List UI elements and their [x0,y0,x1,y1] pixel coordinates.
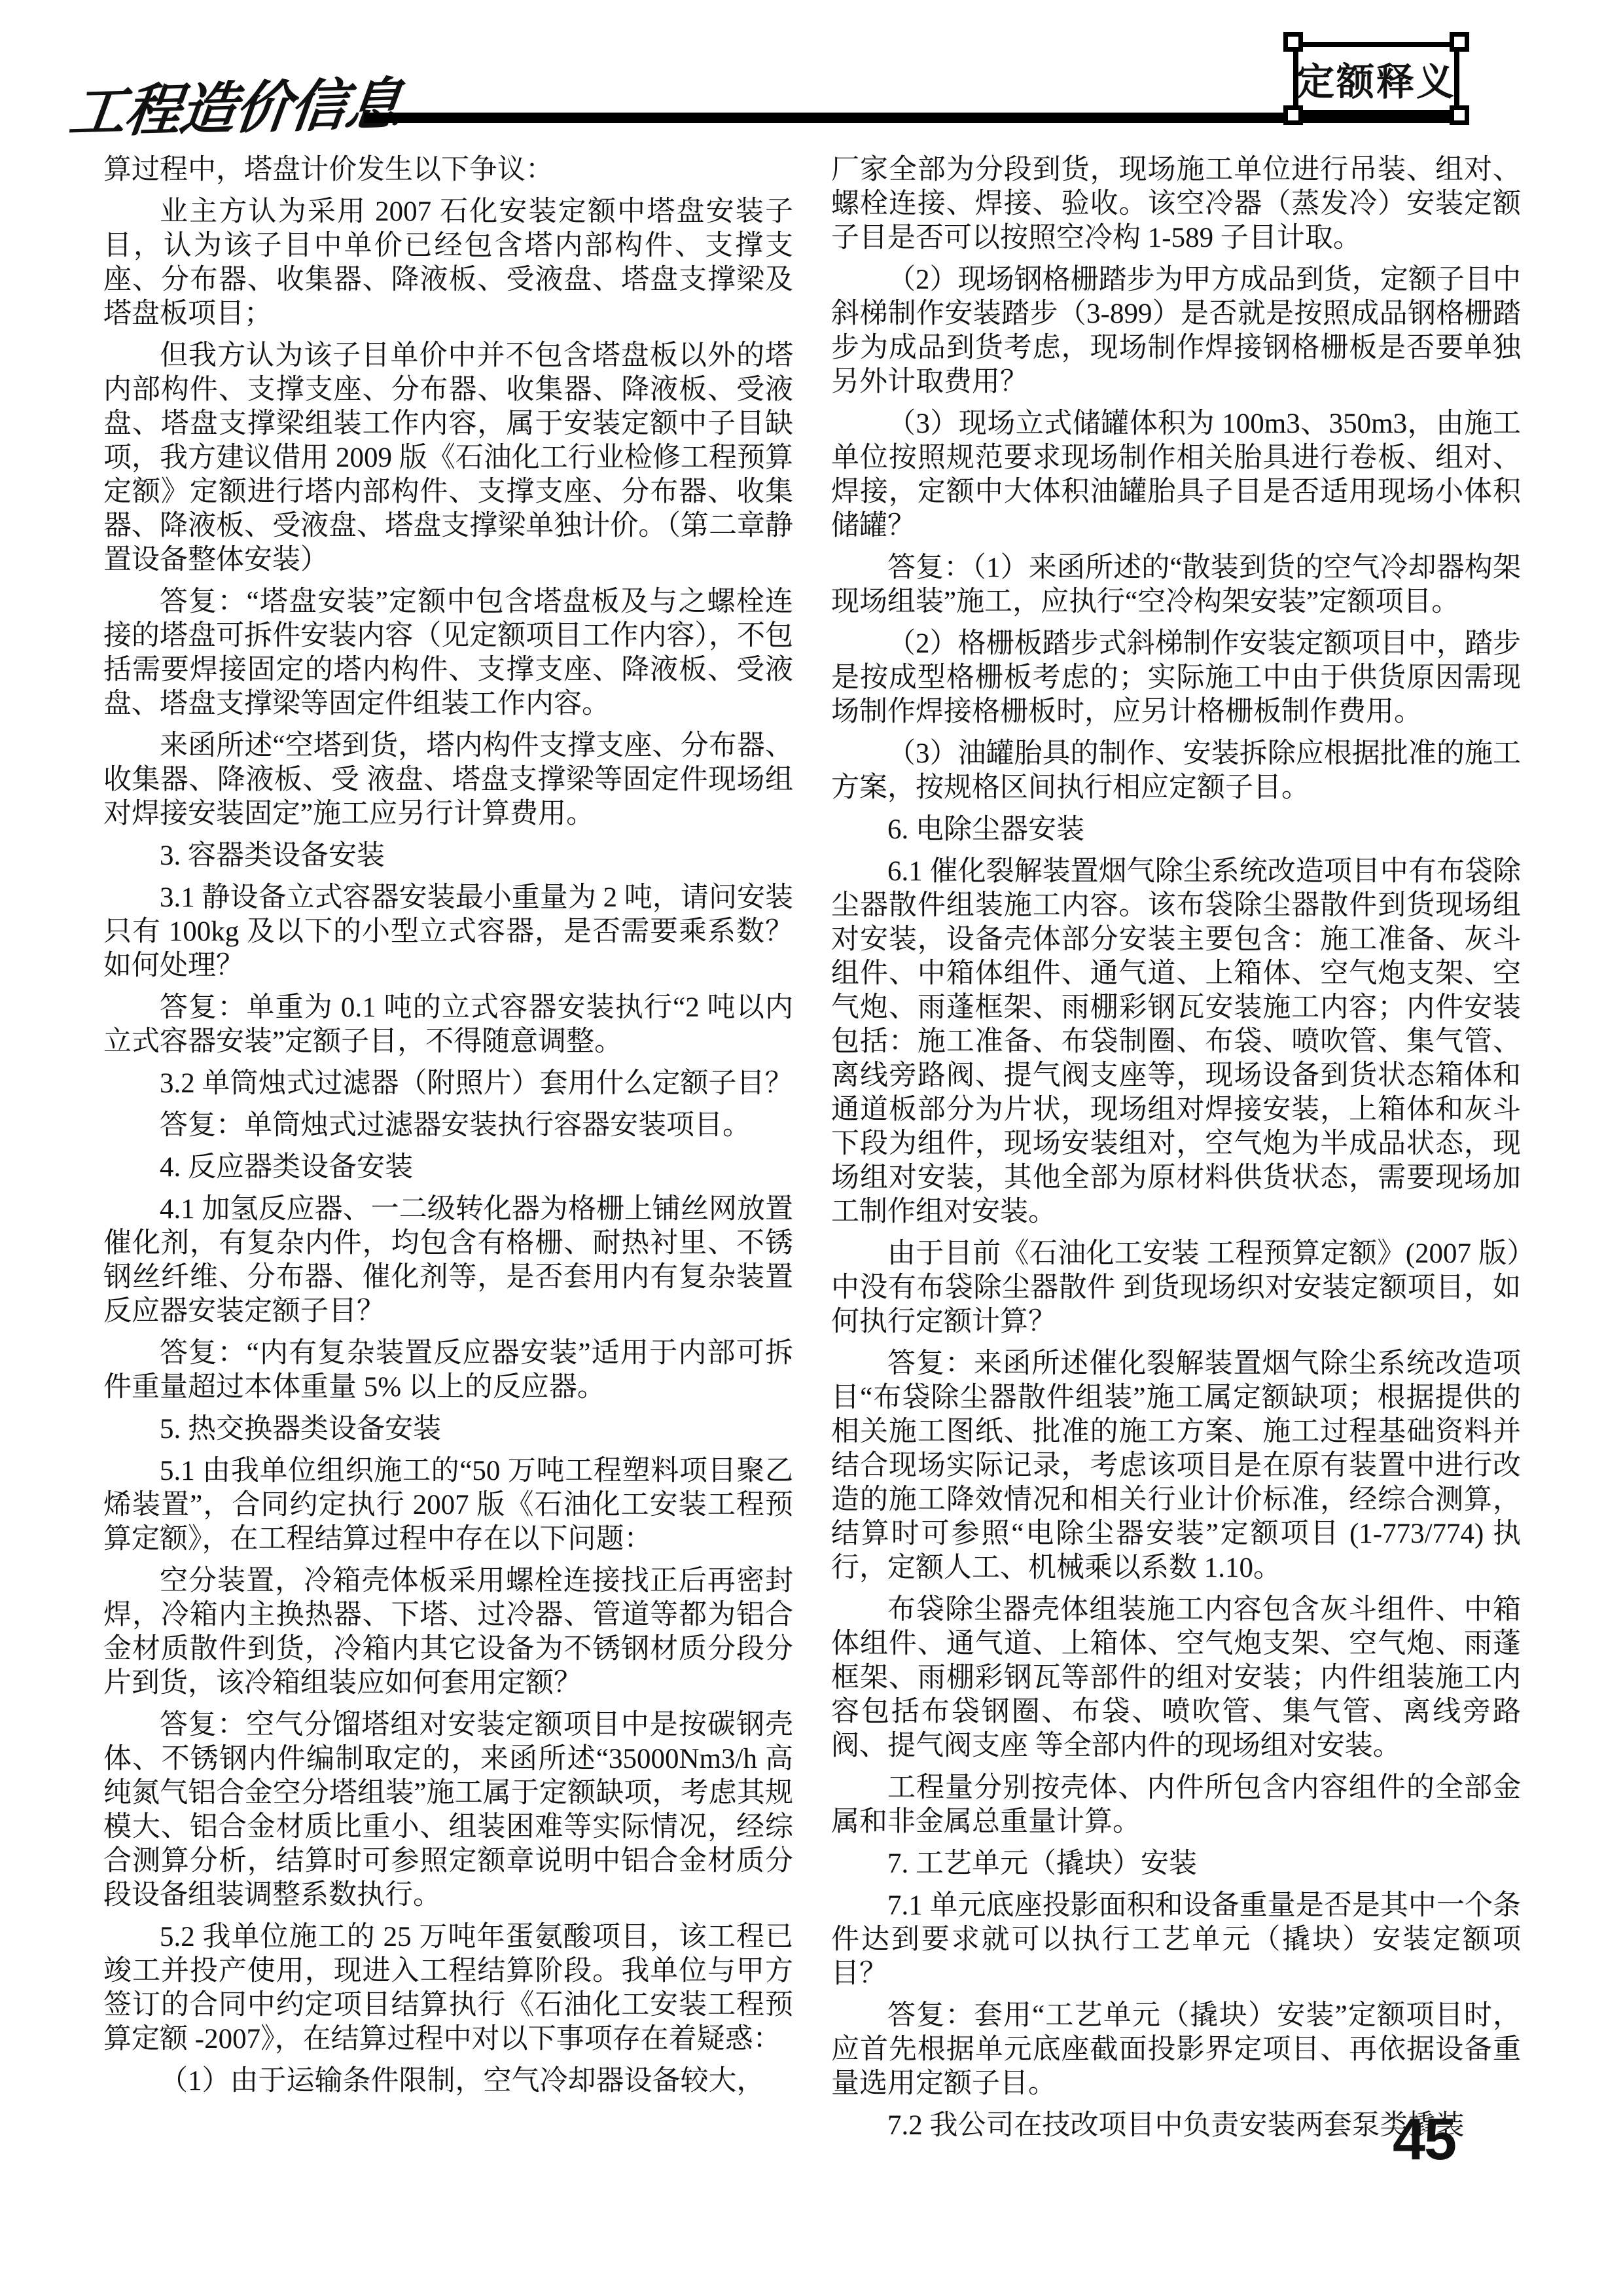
paragraph: 6. 电除尘器安装 [831,813,1521,847]
magazine-page: 工程造价信息 定额释义 算过程中，塔盘计价发生以下争议：业主方认为采用 2007… [0,0,1623,2296]
section-badge-label: 定额释义 [1296,51,1456,106]
paragraph: 由于目前《石油化工安装 工程预算定额》(2007 版）中没有布袋除尘器散件 到货… [831,1237,1521,1339]
paragraph: 3. 容器类设备安装 [103,839,793,873]
paragraph: 4.1 加氢反应器、一二级转化器为格栅上铺丝网放置催化剂，有复杂内件，均包含有格… [103,1193,793,1329]
paragraph: 答复：来函所述催化裂解装置烟气除尘系统改造项目“布袋除尘器散件组装”施工属定额缺… [831,1347,1521,1585]
paragraph: 业主方认为采用 2007 石化安装定额中塔盘安装子目，认为该子目中单价已经包含塔… [103,195,793,331]
paragraph: （1）由于运输条件限制，空气冷却器设备较大， [103,2064,793,2098]
paragraph: 答复：单重为 0.1 吨的立式容器安装执行“2 吨以内立式容器安装”定额子目，不… [103,991,793,1059]
badge-corner-ornament [1283,105,1303,125]
section-badge: 定额释义 [1293,42,1459,115]
paragraph: 6.1 催化裂解装置烟气除尘系统改造项目中有布袋除尘器散件组装施工内容。该布袋除… [831,855,1521,1229]
badge-corner-ornament [1450,32,1469,52]
paragraph: 答复：（1）来函所述的“散装到货的空气冷却器构架现场组装”施工，应执行“空冷构架… [831,551,1521,619]
paragraph: 3.1 静设备立式容器安装最小重量为 2 吨，请问安装只有 100kg 及以下的… [103,881,793,983]
paragraph: （3）油罐胎具的制作、安装拆除应根据批准的施工方案，按规格区间执行相应定额子目。 [831,737,1521,805]
badge-corner-ornament [1283,32,1303,52]
paragraph: 5.2 我单位施工的 25 万吨年蛋氨酸项目，该工程已竣工并投产使用，现进入工程… [103,1920,793,2056]
paragraph: （2）现场钢格栅踏步为甲方成品到货，定额子目中斜梯制作安装踏步（3-899）是否… [831,263,1521,399]
paragraph: 工程量分别按壳体、内件所包含内容组件的全部金属和非金属总重量计算。 [831,1771,1521,1839]
right-column: 厂家全部为分段到货，现场施工单位进行吊装、组对、螺栓连接、焊接、验收。该空冷器（… [831,153,1521,2151]
paragraph: 答复：单筒烛式过滤器安装执行容器安装项目。 [103,1109,793,1143]
paragraph: 答复：“塔盘安装”定额中包含塔盘板及与之螺栓连接的塔盘可拆件安装内容（见定额项目… [103,585,793,721]
paragraph: 4. 反应器类设备安装 [103,1151,793,1185]
paragraph: 厂家全部为分段到货，现场施工单位进行吊装、组对、螺栓连接、焊接、验收。该空冷器（… [831,153,1521,255]
masthead-logo: 工程造价信息 [65,58,406,148]
badge-corner-ornament [1450,105,1469,125]
paragraph: 3.2 单筒烛式过滤器（附照片）套用什么定额子目？ [103,1067,793,1101]
paragraph: 5. 热交换器类设备安装 [103,1412,793,1446]
paragraph: 7. 工艺单元（撬块）安装 [831,1847,1521,1881]
paragraph: 来函所述“空塔到货，塔内构件支撑支座、分布器、收集器、降液板、受 液盘、塔盘支撑… [103,729,793,831]
paragraph: 但我方认为该子目单价中并不包含塔盘板以外的塔内部构件、支撑支座、分布器、收集器、… [103,339,793,577]
paragraph: 布袋除尘器壳体组装施工内容包含灰斗组件、中箱体组件、通气道、上箱体、空气炮支架、… [831,1593,1521,1763]
left-column: 算过程中，塔盘计价发生以下争议：业主方认为采用 2007 石化安装定额中塔盘安装… [103,153,793,2151]
paragraph: （2）格栅板踏步式斜梯制作安装定额项目中，踏步是按成型格栅板考虑的；实际施工中由… [831,627,1521,729]
article-body: 算过程中，塔盘计价发生以下争议：业主方认为采用 2007 石化安装定额中塔盘安装… [103,153,1521,2151]
paragraph: 5.1 由我单位组织施工的“50 万吨工程塑料项目聚乙烯装置”，合同约定执行 2… [103,1454,793,1556]
paragraph: 空分装置，冷箱壳体板采用螺栓连接找正后再密封焊，冷箱内主换热器、下塔、过冷器、管… [103,1564,793,1700]
paragraph: 算过程中，塔盘计价发生以下争议： [103,153,793,187]
paragraph: （3）现场立式储罐体积为 100m3、350m3，由施工单位按照规范要求现场制作… [831,407,1521,543]
paragraph: 答复：空气分馏塔组对安装定额项目中是按碳钢壳体、不锈钢内件编制取定的，来函所述“… [103,1708,793,1912]
paragraph: 答复：套用“工艺单元（撬块）安装”定额项目时，应首先根据单元底座截面投影界定项目… [831,1999,1521,2101]
page-number: 45 [1393,2106,1455,2174]
paragraph: 7.1 单元底座投影面积和设备重量是否是其中一个条件达到要求就可以执行工艺单元（… [831,1889,1521,1991]
paragraph: 答复：“内有复杂装置反应器安装”适用于内部可拆件重量超过本体重量 5% 以上的反… [103,1336,793,1405]
